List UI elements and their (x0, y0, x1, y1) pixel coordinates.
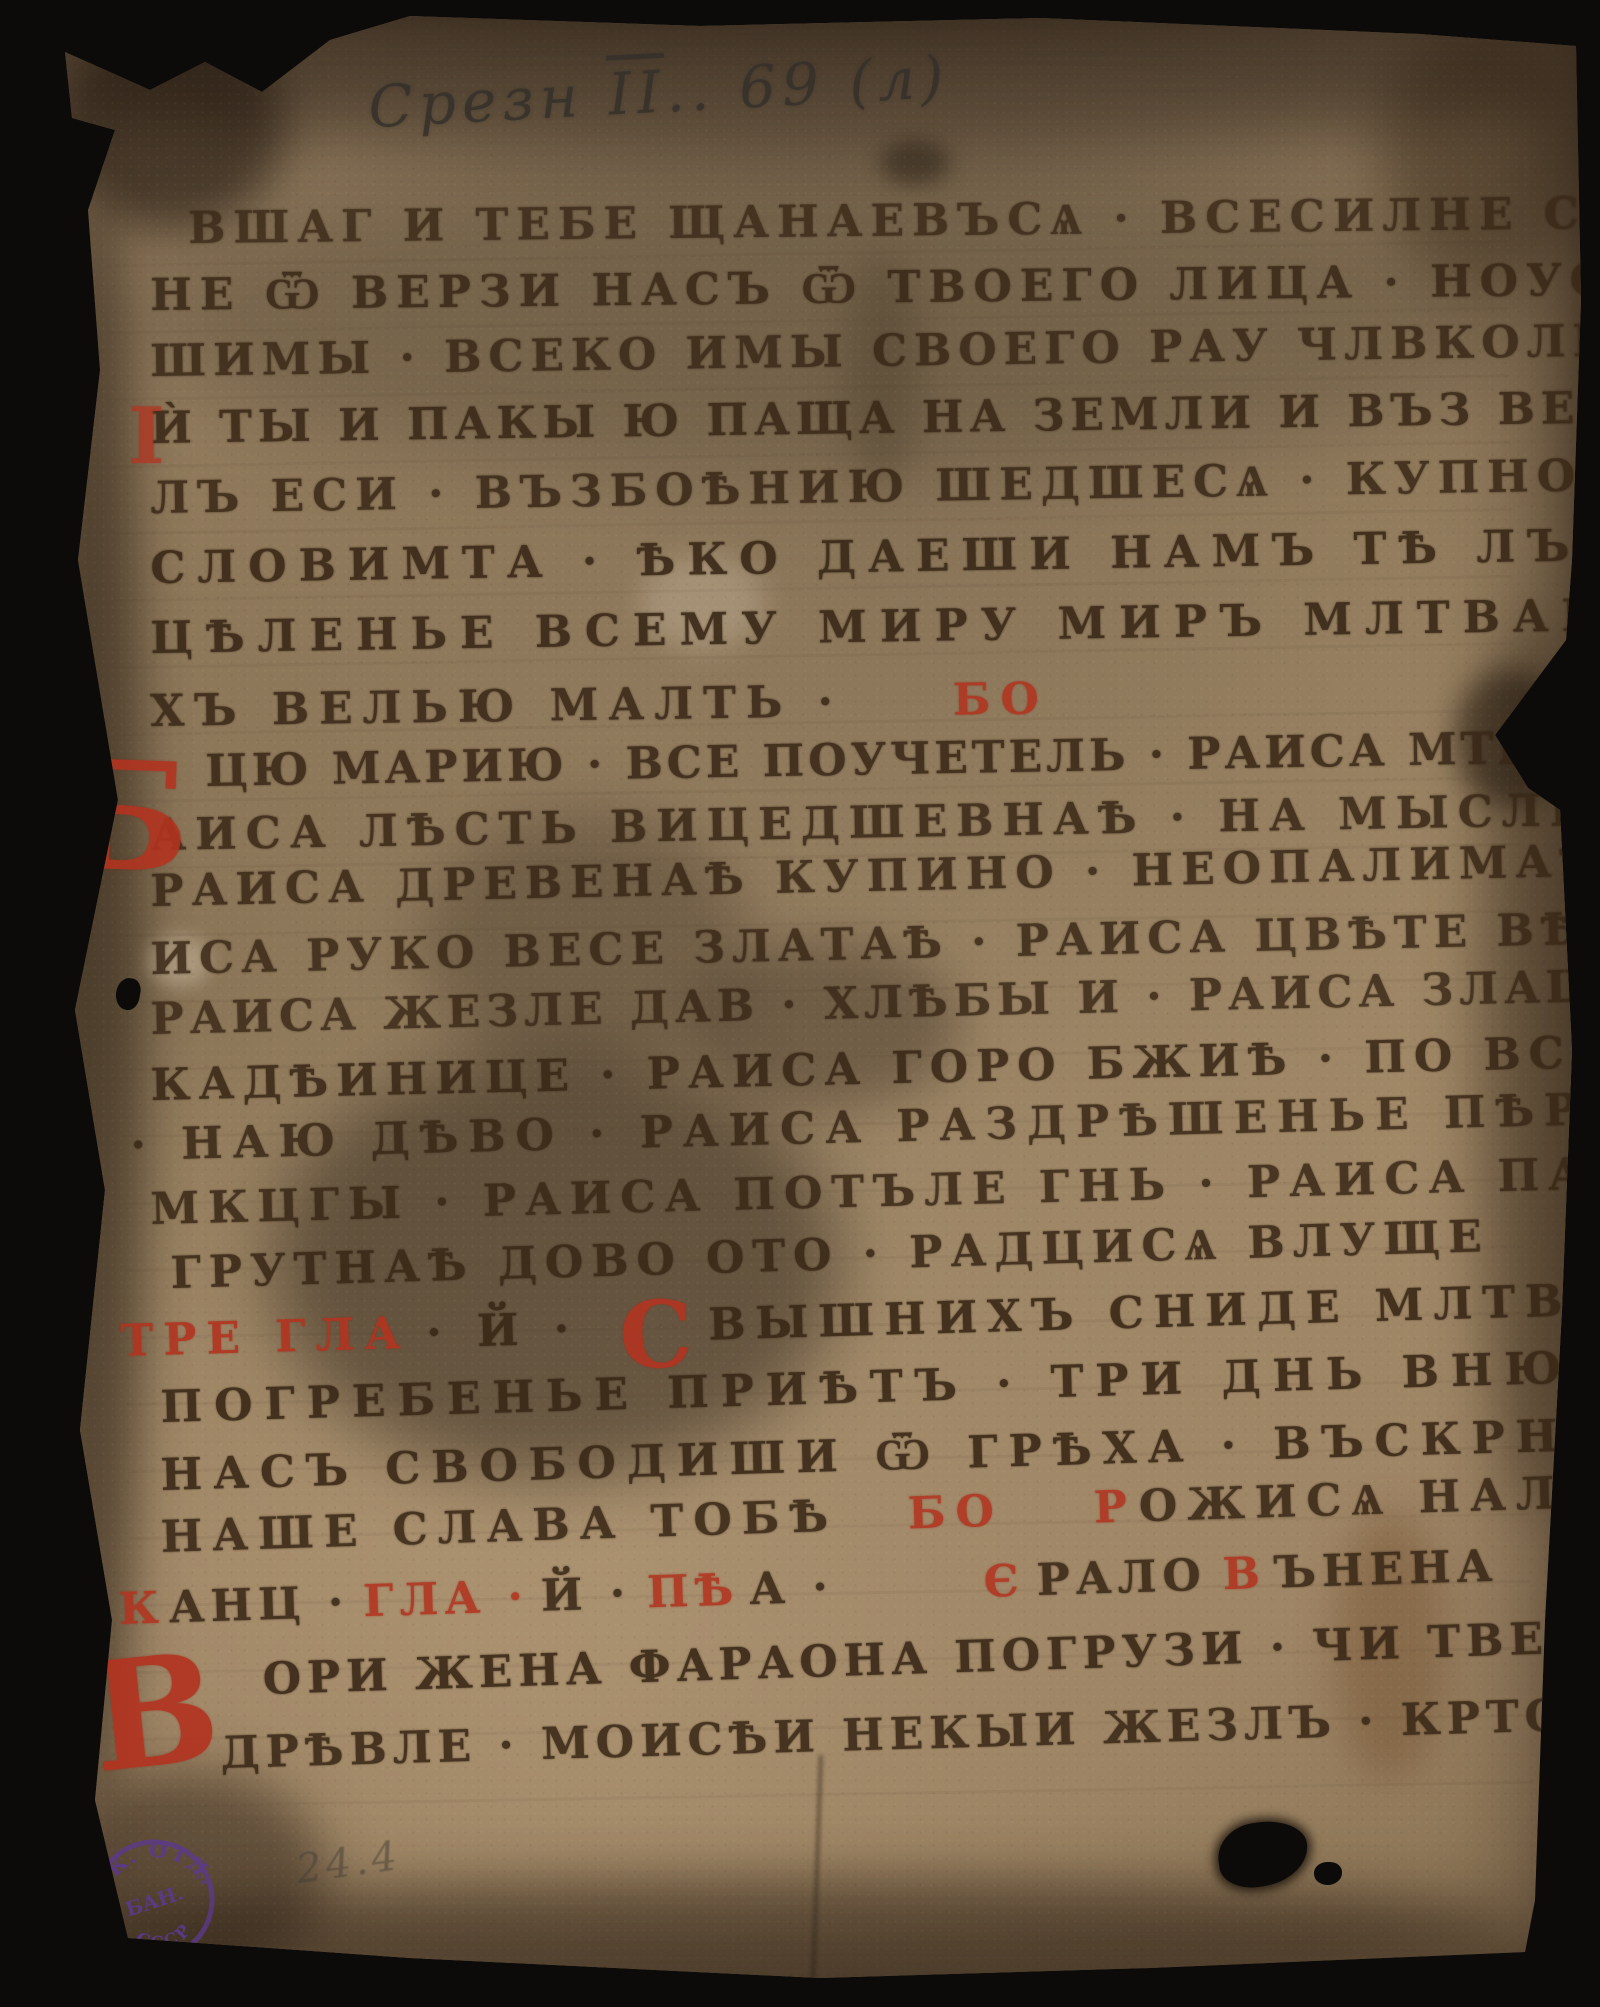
ink-text: ХЪ ВЕЛЬЮ МАЛТЬ · (150, 676, 843, 737)
rubric-text: БО (952, 673, 1049, 725)
stamp-middle-text: БАН. (122, 1880, 186, 1921)
inscription-roman-numeral: ІІ (606, 58, 667, 129)
red-initial-letter: І (128, 398, 165, 476)
inscription-word: Срезн (367, 62, 586, 141)
svg-text:СССР: СССР (128, 1912, 200, 1962)
rubric-text: Є (983, 1556, 1026, 1608)
stamp-bottom-text: СССР (128, 1912, 200, 1962)
rubric-text: БО (907, 1486, 1004, 1540)
ink-text: Й · (540, 1568, 632, 1622)
parchment-leaf: Срезн ІІ.. 69 (л) ВШАГ И ТЕБЕ ЩАНАЕВЪСѦ … (0, 0, 1600, 2007)
rubric-text: Р (1093, 1481, 1138, 1533)
rubric-text: ТРЕ ГЛА (120, 1308, 411, 1367)
rubric-text: ПѢ (646, 1564, 740, 1618)
rubric-text: ГЛА · (362, 1571, 529, 1627)
ink-text: ЪНЕНА (1273, 1541, 1499, 1599)
ink-text: · Й · (426, 1303, 580, 1358)
manuscript-photo: Срезн ІІ.. 69 (л) ВШАГ И ТЕБЕ ЩАНАЕВЪСѦ … (0, 0, 1600, 2007)
rubric-text: В (1222, 1548, 1267, 1600)
ink-text: А · (749, 1562, 835, 1616)
red-initial-letter: Б (59, 740, 192, 894)
ink-text: РАЛО (1036, 1550, 1208, 1606)
red-initial-letter: В (84, 1632, 226, 1794)
